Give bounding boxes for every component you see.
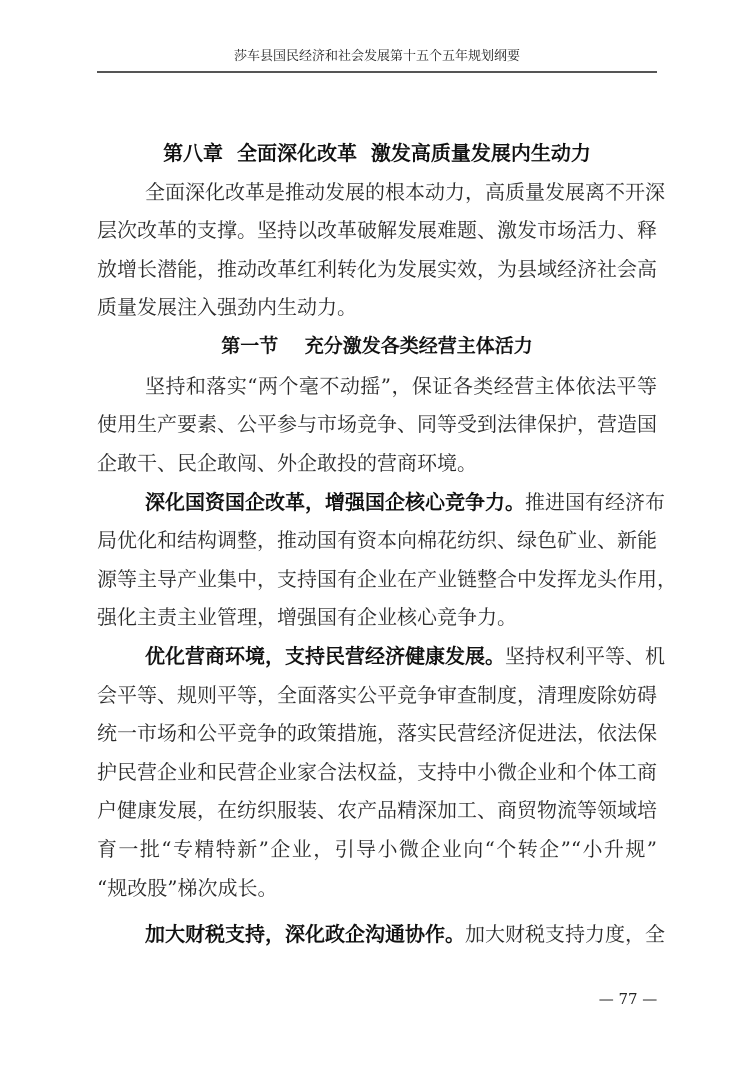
paragraph-lead-heading: 加大财税支持，深化政企沟通协作。 xyxy=(145,922,465,946)
paragraph-gap xyxy=(97,907,657,915)
text-line: 源等主导产业集中，支持国有企业在产业链整合中发挥龙头作用， xyxy=(97,560,657,599)
text-line: 加大财税支持，深化政企沟通协作。加大财税支持力度，全 xyxy=(97,915,657,954)
paragraph-fiscal-support: 加大财税支持，深化政企沟通协作。加大财税支持力度，全 xyxy=(97,915,657,954)
text-line: 局优化和结构调整，推动国有资本向棉花纺织、绿色矿业、新能 xyxy=(97,521,657,560)
text-line: 会平等、规则平等，全面落实公平竞争审查制度，清理废除妨碍 xyxy=(97,676,657,715)
paragraph-business-environment: 优化营商环境，支持民营经济健康发展。坚持权利平等、机 会平等、规则平等，全面落实… xyxy=(97,637,657,907)
section-title: 第一节 充分激发各类经营主体活力 xyxy=(97,327,657,367)
text-line: 层次改革的支撑。坚持以改革破解发展难题、激发市场活力、释 xyxy=(97,211,657,250)
text-line: 坚持和落实“两个毫不动摇”，保证各类经营主体依法平等 xyxy=(97,367,657,406)
text-line: 质量发展注入强劲内生动力。 xyxy=(97,288,657,327)
text-line: 统一市场和公平竞争的政策措施，落实民营经济促进法，依法保 xyxy=(97,714,657,753)
chapter-title: 第八章 全面深化改革 激发高质量发展内生动力 xyxy=(97,134,657,173)
text-line: 使用生产要素、公平参与市场竞争、同等受到法律保护，营造国 xyxy=(97,405,657,444)
paragraph-text: 加大财税支持力度，全 xyxy=(465,922,665,946)
header-rule xyxy=(97,71,657,73)
paragraph-lead-heading: 深化国资国企改革，增强国企核心竞争力。 xyxy=(145,490,525,514)
text-line: 放增长潜能，推动改革红利转化为发展实效，为县域经济社会高 xyxy=(97,250,657,289)
paragraph-soe-reform: 深化国资国企改革，增强国企核心竞争力。推进国有经济布 局优化和结构调整，推动国有… xyxy=(97,483,657,637)
text-line: 育一批“专精特新”企业，引导小微企业向“个转企”“小升规” xyxy=(97,830,657,869)
paragraph-text: 坚持权利平等、机 xyxy=(505,644,665,668)
running-header: 莎车县国民经济和社会发展第十五个五年规划纲要 xyxy=(97,47,657,67)
chapter-intro-paragraph: 全面深化改革是推动发展的根本动力，高质量发展离不开深 层次改革的支撑。坚持以改革… xyxy=(97,173,657,327)
text-line: 企敢干、民企敢闯、外企敢投的营商环境。 xyxy=(97,444,657,483)
text-line: “规改股”梯次成长。 xyxy=(97,869,657,908)
text-line: 强化主责主业管理，增强国有企业核心竞争力。 xyxy=(97,598,657,637)
text-line: 优化营商环境，支持民营经济健康发展。坚持权利平等、机 xyxy=(97,637,657,676)
text-line: 全面深化改革是推动发展的根本动力，高质量发展离不开深 xyxy=(97,173,657,212)
text-line: 户健康发展，在纺织服装、农产品精深加工、商贸物流等领域培 xyxy=(97,791,657,830)
page-number: — 77 — xyxy=(580,988,676,1010)
text-line: 深化国资国企改革，增强国企核心竞争力。推进国有经济布 xyxy=(97,483,657,522)
paragraph-text: 推进国有经济布 xyxy=(525,490,665,514)
section-intro-paragraph: 坚持和落实“两个毫不动摇”，保证各类经营主体依法平等 使用生产要素、公平参与市场… xyxy=(97,367,657,483)
text-line: 护民营企业和民营企业家合法权益，支持中小微企业和个体工商 xyxy=(97,753,657,792)
paragraph-lead-heading: 优化营商环境，支持民营经济健康发展。 xyxy=(145,644,505,668)
page-body: 第八章 全面深化改革 激发高质量发展内生动力 全面深化改革是推动发展的根本动力，… xyxy=(97,134,657,954)
